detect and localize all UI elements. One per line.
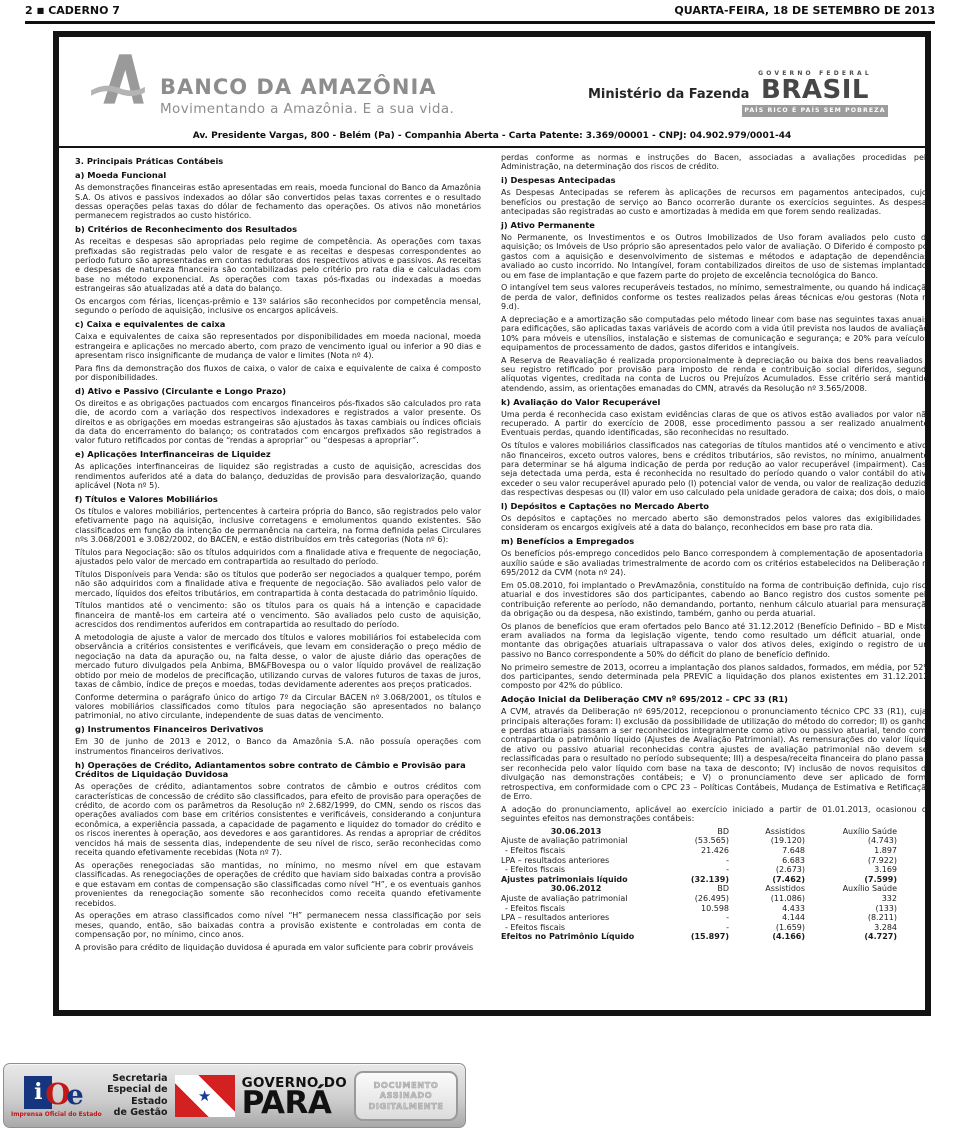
caderno-label: CADERNO 7 bbox=[48, 4, 120, 17]
paragraph: Títulos Disponíveis para Venda: são os t… bbox=[75, 570, 481, 598]
paragraph: Os direitos e as obrigações pactuados co… bbox=[75, 399, 481, 446]
row-label: - Efeitos fiscais bbox=[501, 865, 651, 875]
section-heading: a) Moeda Funcional bbox=[75, 171, 481, 181]
paragraph: No primeiro semestre de 2013, ocorreu a … bbox=[501, 663, 931, 691]
paragraph: As receitas e despesas são apropriadas p… bbox=[75, 237, 481, 294]
cell-value: (32.139) bbox=[651, 875, 729, 885]
table-row: - Efeitos fiscais21.4267.6481.897 bbox=[501, 846, 897, 856]
section-heading: g) Instrumentos Financeiros Derivativos bbox=[75, 725, 481, 735]
cell-value: Auxílio Saúde bbox=[805, 827, 897, 837]
table-row: Ajuste de avaliação patrimonial(26.495)(… bbox=[501, 894, 897, 904]
paragraph: Em 30 de junho de 2013 e 2012, o Banco d… bbox=[75, 737, 481, 756]
bank-address: Av. Presidente Vargas, 800 - Belém (Pa) … bbox=[59, 131, 925, 141]
ministry-label: Ministério da Fazenda bbox=[588, 87, 749, 102]
row-label: 30.06.2013 bbox=[501, 827, 651, 837]
paragraph: Caixa e equivalentes de caixa são repres… bbox=[75, 332, 481, 360]
cell-value: (7.599) bbox=[805, 875, 897, 885]
cell-value: 4.433 bbox=[729, 904, 805, 914]
table-row: LPA – resultados anteriores-6.683(7.922) bbox=[501, 856, 897, 866]
paragraph: Os depósitos e captações no mercado aber… bbox=[501, 514, 931, 533]
secretaria-line: Especial de Estado bbox=[104, 1084, 168, 1106]
paragraph: Os encargos com férias, licenças-prêmio … bbox=[75, 297, 481, 316]
cell-value: - bbox=[651, 923, 729, 933]
table-row: - Efeitos fiscais-(2.673)3.169 bbox=[501, 865, 897, 875]
stamp-line: DIGITALMENTE bbox=[368, 1101, 443, 1112]
cell-value: 1.897 bbox=[805, 846, 897, 856]
paragraph: As operações em atraso classificados com… bbox=[75, 911, 481, 939]
paragraph: As demonstrações financeiras estão apres… bbox=[75, 183, 481, 221]
cell-value: (7.922) bbox=[805, 856, 897, 866]
brasil-slogan: PAÍS RICO É PAÍS SEM POBREZA bbox=[742, 105, 888, 117]
cell-value: BD bbox=[651, 884, 729, 894]
paragraph: Em 05.08.2010, foi implantado o PrevAmaz… bbox=[501, 581, 931, 619]
cell-value: 3.284 bbox=[805, 923, 897, 933]
cell-value: (7.462) bbox=[729, 875, 805, 885]
section-heading: f) Títulos e Valores Mobiliários bbox=[75, 495, 481, 505]
star-icon: ★ bbox=[175, 1075, 235, 1117]
bank-wordmark: BANCO DA AMAZÔNIA Movimentando a Amazôni… bbox=[160, 77, 454, 117]
row-label: Ajuste de avaliação patrimonial bbox=[501, 894, 651, 904]
adjustments-table: 30.06.2013BDAssistidosAuxílio SaúdeAjust… bbox=[501, 827, 931, 942]
page-date: QUARTA-FEIRA, 18 DE SETEMBRO DE 2013 bbox=[674, 4, 935, 17]
section-heading: m) Benefícios a Empregados bbox=[501, 537, 931, 547]
cell-value: 4.144 bbox=[729, 913, 805, 923]
cell-value: (26.495) bbox=[651, 894, 729, 904]
paragraph: Os títulos e valores mobiliários classif… bbox=[501, 441, 931, 498]
paragraph: A adoção do pronunciamento, aplicável ao… bbox=[501, 805, 931, 824]
section-heading: j) Ativo Permanente bbox=[501, 221, 931, 231]
section-heading: d) Ativo e Passivo (Circulante e Longo P… bbox=[75, 387, 481, 397]
cell-value: 332 bbox=[805, 894, 897, 904]
cell-value: Assistidos bbox=[729, 884, 805, 894]
bank-name: BANCO DA AMAZÔNIA bbox=[160, 77, 454, 98]
section-heading: b) Critérios de Reconhecimento dos Resul… bbox=[75, 225, 481, 235]
cell-value: Assistidos bbox=[729, 827, 805, 837]
paragraph: O intangível tem seus valores recuperáve… bbox=[501, 283, 931, 311]
cell-value: (8.211) bbox=[805, 913, 897, 923]
publication-box: BANCO DA AMAZÔNIA Movimentando a Amazôni… bbox=[53, 31, 931, 1016]
row-label: - Efeitos fiscais bbox=[501, 904, 651, 914]
para-label: PARÁ bbox=[242, 1091, 347, 1116]
cell-value: (11.086) bbox=[729, 894, 805, 904]
table-row: Efeitos no Patrimônio Líquido(15.897)(4.… bbox=[501, 932, 897, 942]
row-label: - Efeitos fiscais bbox=[501, 923, 651, 933]
table-row: - Efeitos fiscais10.5984.433(133) bbox=[501, 904, 897, 914]
row-label: Efeitos no Patrimônio Líquido bbox=[501, 932, 651, 942]
secretaria-line: de Gestão bbox=[104, 1107, 168, 1118]
secretaria-label: Secretaria Especial de Estado de Gestão bbox=[104, 1073, 168, 1118]
cell-value: 3.169 bbox=[805, 865, 897, 875]
paragraph: A depreciação e a amortização são comput… bbox=[501, 315, 931, 353]
cell-value: - bbox=[651, 913, 729, 923]
paragraph: perdas conforme as normas e instruções d… bbox=[501, 153, 931, 172]
ioe-e: e bbox=[67, 1083, 84, 1109]
row-label: Ajuste de avaliação patrimonial bbox=[501, 836, 651, 846]
table-row: LPA – resultados anteriores-4.144(8.211) bbox=[501, 913, 897, 923]
para-flag-icon: ★ bbox=[175, 1075, 235, 1117]
brasil-gov-logo: GOVERNO FEDERAL BRASIL PAÍS RICO É PAÍS … bbox=[742, 70, 888, 117]
page-header-left: 2■CADERNO 7 bbox=[25, 4, 120, 17]
paragraph: As Despesas Antecipadas se referem às ap… bbox=[501, 188, 931, 216]
row-label: 30.06.2012 bbox=[501, 884, 651, 894]
page-number: 2 bbox=[25, 4, 33, 17]
brasil-logo-text: BRASIL bbox=[742, 77, 888, 104]
banco-amazonia-logo-icon bbox=[85, 51, 151, 107]
table-row: 30.06.2012BDAssistidosAuxílio Saúde bbox=[501, 884, 897, 894]
paragraph: A metodologia de ajuste a valor de merca… bbox=[75, 633, 481, 690]
stamp-line: ASSINADO bbox=[380, 1090, 433, 1101]
cell-value: (4.166) bbox=[729, 932, 805, 942]
cell-value: (4.743) bbox=[805, 836, 897, 846]
square-bullet-icon: ■ bbox=[37, 6, 45, 15]
section-heading: 3. Principais Práticas Contábeis bbox=[75, 157, 481, 167]
section-heading: c) Caixa e equivalentes de caixa bbox=[75, 320, 481, 330]
paragraph: Títulos para Negociação: são os títulos … bbox=[75, 548, 481, 567]
cell-value: BD bbox=[651, 827, 729, 837]
paragraph: Títulos mantidos até o vencimento: são o… bbox=[75, 601, 481, 629]
ioe-logo: i O e Imprensa Oficial do Estado bbox=[11, 1073, 97, 1118]
paragraph: A Reserva de Reavaliação é realizada pro… bbox=[501, 356, 931, 394]
section-heading: i) Despesas Antecipadas bbox=[501, 176, 931, 186]
table-row: Ajustes patrimoniais líquido(32.139)(7.4… bbox=[501, 875, 897, 885]
cell-value: 21.426 bbox=[651, 846, 729, 856]
cell-value: (53.565) bbox=[651, 836, 729, 846]
row-label: Ajustes patrimoniais líquido bbox=[501, 875, 651, 885]
section-heading: l) Depósitos e Captações no Mercado Aber… bbox=[501, 502, 931, 512]
section-heading: h) Operações de Crédito, Adiantamentos s… bbox=[75, 761, 481, 781]
paragraph: Os títulos e valores mobiliários, perten… bbox=[75, 507, 481, 545]
cell-value: (2.673) bbox=[729, 865, 805, 875]
bank-tagline: Movimentando a Amazônia. E a sua vida. bbox=[160, 101, 454, 117]
cell-value: 7.648 bbox=[729, 846, 805, 856]
section-heading: e) Aplicações Interfinanceiras de Liquid… bbox=[75, 450, 481, 460]
paragraph: Uma perda é reconhecida caso existam evi… bbox=[501, 410, 931, 438]
row-label: LPA – resultados anteriores bbox=[501, 856, 651, 866]
secretaria-line: Secretaria bbox=[104, 1073, 168, 1084]
table-row: - Efeitos fiscais-(1.659)3.284 bbox=[501, 923, 897, 933]
cell-value: Auxílio Saúde bbox=[805, 884, 897, 894]
paragraph: As operações renegociadas são mantidas, … bbox=[75, 861, 481, 908]
digital-signature-stamp: DOCUMENTO ASSINADO DIGITALMENTE bbox=[354, 1071, 458, 1121]
cell-value: (19.120) bbox=[729, 836, 805, 846]
paragraph: Os benefícios pós-emprego concedidos pel… bbox=[501, 549, 931, 577]
header-rule bbox=[25, 21, 935, 24]
paragraph: As operações de crédito, adiantamentos s… bbox=[75, 782, 481, 858]
masthead: BANCO DA AMAZÔNIA Movimentando a Amazôni… bbox=[59, 37, 925, 148]
paragraph: A CVM, através da Deliberação nº 695/201… bbox=[501, 707, 931, 801]
cell-value: - bbox=[651, 865, 729, 875]
table-row: 30.06.2013BDAssistidosAuxílio Saúde bbox=[501, 827, 897, 837]
stamp-line: DOCUMENTO bbox=[374, 1080, 439, 1091]
footer-logo-bar: i O e Imprensa Oficial do Estado Secreta… bbox=[3, 1063, 466, 1128]
governo-do-para-logo: GOVERNO DO PARÁ bbox=[242, 1075, 347, 1116]
table-row: Ajuste de avaliação patrimonial(53.565)(… bbox=[501, 836, 897, 846]
paragraph: Os planos de benefícios que eram ofertad… bbox=[501, 622, 931, 660]
section-heading: k) Avaliação do Valor Recuperável bbox=[501, 398, 931, 408]
ioe-letters: i O e bbox=[11, 1073, 97, 1109]
section-heading: Adoção Inicial da Deliberação CMV nº 695… bbox=[501, 695, 931, 705]
cell-value: 10.598 bbox=[651, 904, 729, 914]
paragraph: Conforme determina o parágrafo único do … bbox=[75, 693, 481, 721]
row-label: - Efeitos fiscais bbox=[501, 846, 651, 856]
right-column: perdas conforme as normas e instruções d… bbox=[501, 153, 931, 942]
row-label: LPA – resultados anteriores bbox=[501, 913, 651, 923]
cell-value: 6.683 bbox=[729, 856, 805, 866]
cell-value: (15.897) bbox=[651, 932, 729, 942]
left-column: 3. Principais Práticas Contábeisa) Moeda… bbox=[75, 155, 481, 955]
cell-value: (1.659) bbox=[729, 923, 805, 933]
cell-value: (133) bbox=[805, 904, 897, 914]
cell-value: (4.727) bbox=[805, 932, 897, 942]
paragraph: As aplicações interfinanceiras de liquid… bbox=[75, 462, 481, 490]
ioe-caption: Imprensa Oficial do Estado bbox=[11, 1111, 97, 1118]
paragraph: A provisão para crédito de liquidação du… bbox=[75, 943, 481, 952]
cell-value: - bbox=[651, 856, 729, 866]
paragraph: No Permanente, os Investimentos e os Out… bbox=[501, 233, 931, 280]
paragraph: Para fins da demonstração dos fluxos de … bbox=[75, 364, 481, 383]
